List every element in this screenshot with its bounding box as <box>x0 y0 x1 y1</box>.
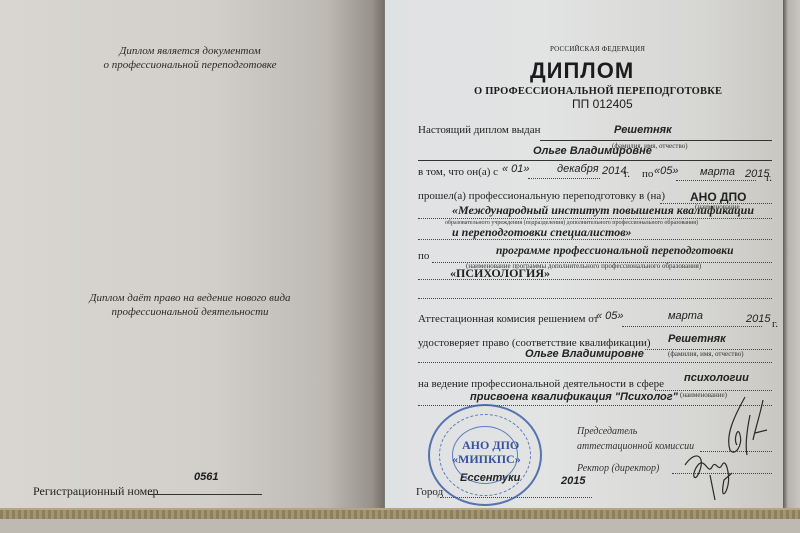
institution-hint-a: (наименование <box>695 203 740 211</box>
start-month: декабря <box>557 163 599 175</box>
registration-label: Регистрационный номер <box>33 484 159 499</box>
cover-border <box>0 508 800 533</box>
sphere-label: на ведение профессиональной деятельности… <box>418 378 664 390</box>
end-day: «05» <box>654 165 678 177</box>
commission-date-line <box>622 326 762 327</box>
program-name-rule <box>418 279 772 280</box>
institution-line-2: и переподготовки специалистов» <box>452 225 632 240</box>
registration-line <box>148 494 262 495</box>
qualification: присвоена квалификация "Психолог" <box>470 391 678 403</box>
commission-day: « 05» <box>596 310 624 322</box>
commission-label: Аттестационная комисия решением от <box>418 313 598 325</box>
given-names-line <box>418 160 772 161</box>
end-year-suffix: г. <box>766 172 772 184</box>
certifies-names-line <box>418 362 772 363</box>
surname-line <box>540 140 772 141</box>
start-month-line <box>528 178 600 179</box>
commission-year: 2015 <box>746 313 770 325</box>
institution-line-1-rule <box>418 218 772 219</box>
stamp-text-2: «МИПКПС» <box>452 452 521 467</box>
document-subtitle: О ПРОФЕССИОНАЛЬНОЙ ПЕРЕПОДГОТОВКЕ <box>474 86 722 97</box>
registration-number: 0561 <box>194 471 218 483</box>
document-title: ДИПЛОМ <box>530 58 634 84</box>
surname: Решетняк <box>614 124 672 136</box>
sphere-value: психологии <box>684 372 749 384</box>
blank-rule <box>418 298 772 299</box>
program-label: по <box>418 250 429 262</box>
to-label: по <box>642 168 653 180</box>
end-month-line <box>676 180 756 181</box>
start-year-suffix: г. <box>624 168 630 180</box>
issue-year: 2015 <box>561 475 585 487</box>
start-year: 2014 <box>602 165 626 177</box>
commission-year-suffix: г. <box>772 318 778 330</box>
certifies-fio-hint: (фамилия, имя, отчество) <box>668 350 744 358</box>
period-label: в том, что он(а) с <box>418 166 498 178</box>
intro-line-2: о профессиональной переподготовке <box>60 59 320 71</box>
page-edge <box>783 0 800 533</box>
left-page <box>0 0 384 508</box>
chairman-label-1: Председатель <box>577 426 637 437</box>
issued-to-label: Настоящий диплом выдан <box>418 124 541 136</box>
rights-line-2: профессиональной деятельности <box>60 306 320 318</box>
spine-shadow <box>372 0 386 508</box>
end-month: марта <box>700 166 735 178</box>
document-number: ПП 012405 <box>572 97 633 111</box>
given-names: Ольге Владимировне <box>533 145 652 157</box>
stamp-text-1: АНО ДПО <box>462 438 519 453</box>
rector-label: Ректор (директор) <box>577 463 659 474</box>
commission-month: марта <box>668 310 703 322</box>
intro-line-1: Диплом является документом <box>80 45 300 57</box>
certifies-given-names: Ольге Владимировне <box>525 348 644 360</box>
certifies-surname: Решетняк <box>668 333 726 345</box>
institution-short: АНО ДПО <box>690 190 747 204</box>
passed-label: прошел(а) профессиональную переподготовк… <box>418 190 665 202</box>
start-day: « 01» <box>502 163 530 175</box>
institution-line-2-rule <box>418 239 772 240</box>
chairman-label-2: аттестационной комиссии <box>577 441 694 452</box>
country-label: РОССИЙСКАЯ ФЕДЕРАЦИЯ <box>550 45 645 53</box>
program-line-1: программе профессиональной переподготовк… <box>496 245 733 257</box>
rights-line-1: Диплом даёт право на ведение нового вида <box>50 292 330 304</box>
rector-signature <box>680 445 750 505</box>
